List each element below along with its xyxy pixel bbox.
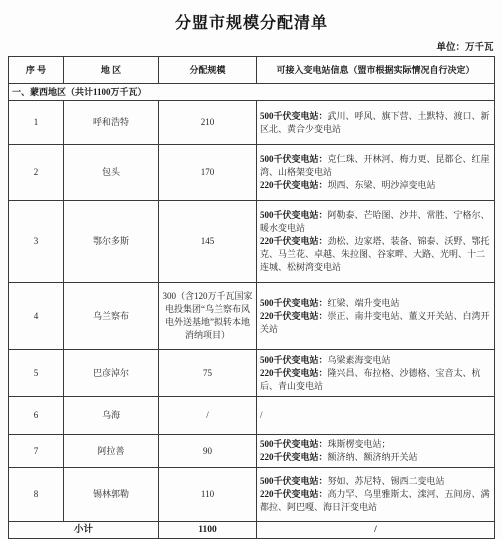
subtotal-info: / <box>257 522 495 539</box>
scale-cell: 170 <box>159 145 257 201</box>
voltage-label: 220千伏变电站： <box>260 452 328 462</box>
info-segment: 500千伏变电站：克仁珠、开林河、梅力更、昆都仑、红崖湾、山格架变电站 <box>260 153 491 179</box>
unit-note: 单位：万千瓦 <box>8 33 496 56</box>
row-number-cell: 8 <box>9 468 64 522</box>
row-number-cell: 3 <box>9 201 64 283</box>
info-segment: 220千伏变电站：劲松、边家塔、装备、锦泰、沃野、鄂托克、马兰花、卓越、朱拉图、… <box>260 235 491 274</box>
info-segment: 220千伏变电站：高力罕、乌里雅斯太、滦河、五间房、满都拉、阿巴嘎、海日汗变电站 <box>260 488 491 514</box>
info-segment: 500千伏变电站：武川、呼风、旗下营、土默特、渡口、新区北、黄合少变电站 <box>260 110 491 136</box>
voltage-label: 500千伏变电站： <box>260 439 328 449</box>
region-cell: 乌兰察布 <box>64 283 159 350</box>
header-serial: 序 号 <box>9 57 64 84</box>
document-page: 分盟市规模分配清单 单位：万千瓦 序 号 地 区 分配规模 可接入变电站信息（盟… <box>0 0 503 539</box>
page-title: 分盟市规模分配清单 <box>0 0 503 33</box>
row-number-cell: 4 <box>9 283 64 350</box>
table-row: 6乌海// <box>9 397 495 435</box>
table-row: 5巴彦淖尔75500千伏变电站：乌梁素海变电站220千伏变电站：隆兴昌、布拉格、… <box>9 350 495 397</box>
substation-info-cell: 500千伏变电站：红梁、端升变电站220千伏变电站：崇正、南井变电站、董义开关站… <box>257 283 495 350</box>
row-number-cell: 7 <box>9 435 64 468</box>
header-region: 地 区 <box>64 57 159 84</box>
substation-info-cell: 500千伏变电站：乌梁素海变电站220千伏变电站：隆兴昌、布拉格、沙德格、宝音太… <box>257 350 495 397</box>
scale-cell: 300（含120万千瓦国家电投集团“乌兰察布风电外送基地”拟转本地消纳项目） <box>159 283 257 350</box>
header-substation-info: 可接入变电站信息（盟市根据实际情况自行决定） <box>257 57 495 84</box>
scale-cell: 210 <box>159 101 257 145</box>
substation-info-cell: 500千伏变电站：珠斯楞变电站；220千伏变电站：额济纳、额济纳开关站 <box>257 435 495 468</box>
voltage-label: 500千伏变电站： <box>260 355 328 365</box>
row-number-cell: 2 <box>9 145 64 201</box>
voltage-label: 220千伏变电站： <box>260 180 328 190</box>
voltage-label: 500千伏变电站： <box>260 298 328 308</box>
table-row: 4乌兰察布300（含120万千瓦国家电投集团“乌兰察布风电外送基地”拟转本地消纳… <box>9 283 495 350</box>
subtotal-row: 小计 1100 / <box>9 522 495 539</box>
row-number-cell: 5 <box>9 350 64 397</box>
region-cell: 包头 <box>64 145 159 201</box>
region-cell: 阿拉善 <box>64 435 159 468</box>
region-cell: 乌海 <box>64 397 159 435</box>
region-cell: 巴彦淖尔 <box>64 350 159 397</box>
info-segment: 500千伏变电站：努如、苏尼特、锡西二变电站 <box>260 475 491 488</box>
info-segment: 500千伏变电站：红梁、端升变电站 <box>260 297 491 310</box>
voltage-label: 220千伏变电站： <box>260 368 328 378</box>
row-number-cell: 6 <box>9 397 64 435</box>
voltage-label: 220千伏变电站： <box>260 311 328 321</box>
scale-cell: 75 <box>159 350 257 397</box>
header-row: 序 号 地 区 分配规模 可接入变电站信息（盟市根据实际情况自行决定） <box>9 57 495 84</box>
voltage-label: 500千伏变电站： <box>260 154 328 164</box>
table-body: 1呼和浩特210500千伏变电站：武川、呼风、旗下营、土默特、渡口、新区北、黄合… <box>9 101 495 522</box>
row-number-cell: 1 <box>9 101 64 145</box>
scale-cell: 90 <box>159 435 257 468</box>
scale-cell: 110 <box>159 468 257 522</box>
info-segment: 500千伏变电站：阿勒泰、芒哈图、沙井、常胜、宁格尔、暖水变电站 <box>260 209 491 235</box>
table-row: 7阿拉善90500千伏变电站：珠斯楞变电站；220千伏变电站：额济纳、额济纳开关… <box>9 435 495 468</box>
subtotal-scale: 1100 <box>159 522 257 539</box>
voltage-label: 500千伏变电站： <box>260 111 328 121</box>
region-cell: 鄂尔多斯 <box>64 201 159 283</box>
substation-info-cell: 500千伏变电站：武川、呼风、旗下营、土默特、渡口、新区北、黄合少变电站 <box>257 101 495 145</box>
section-row: 一、蒙西地区（共计1100万千瓦） <box>9 84 495 101</box>
table-row: 1呼和浩特210500千伏变电站：武川、呼风、旗下营、土默特、渡口、新区北、黄合… <box>9 101 495 145</box>
info-segment: 500千伏变电站：乌梁素海变电站 <box>260 354 491 367</box>
substation-info-cell: 500千伏变电站：克仁珠、开林河、梅力更、昆都仑、红崖湾、山格架变电站220千伏… <box>257 145 495 201</box>
section-label: 一、蒙西地区（共计1100万千瓦） <box>9 84 495 101</box>
info-segment: 220千伏变电站：额济纳、额济纳开关站 <box>260 451 491 464</box>
table-row: 2包头170500千伏变电站：克仁珠、开林河、梅力更、昆都仑、红崖湾、山格架变电… <box>9 145 495 201</box>
scale-cell: 145 <box>159 201 257 283</box>
substation-info-cell: 500千伏变电站：努如、苏尼特、锡西二变电站220千伏变电站：高力罕、乌里雅斯太… <box>257 468 495 522</box>
table-row: 8锡林郭勒110500千伏变电站：努如、苏尼特、锡西二变电站220千伏变电站：高… <box>9 468 495 522</box>
info-segment: 500千伏变电站：珠斯楞变电站； <box>260 438 491 451</box>
subtotal-label: 小计 <box>9 522 159 539</box>
info-segment: 220千伏变电站：隆兴昌、布拉格、沙德格、宝音太、杭后、青山变电站 <box>260 367 491 393</box>
voltage-label: 500千伏变电站： <box>260 476 328 486</box>
substation-info-cell: 500千伏变电站：阿勒泰、芒哈图、沙井、常胜、宁格尔、暖水变电站220千伏变电站… <box>257 201 495 283</box>
header-scale: 分配规模 <box>159 57 257 84</box>
voltage-label: 500千伏变电站： <box>260 210 328 220</box>
info-segment: 220千伏变电站：坝西、东梁、明沙淖变电站 <box>260 179 491 192</box>
voltage-label: 220千伏变电站： <box>260 489 328 499</box>
substation-info-cell: / <box>257 397 495 435</box>
voltage-label: 220千伏变电站： <box>260 236 328 246</box>
info-segment: 220千伏变电站：崇正、南井变电站、董义开关站、白湾开关站 <box>260 310 491 336</box>
region-cell: 呼和浩特 <box>64 101 159 145</box>
table-row: 3鄂尔多斯145500千伏变电站：阿勒泰、芒哈图、沙井、常胜、宁格尔、暖水变电站… <box>9 201 495 283</box>
allocation-table: 序 号 地 区 分配规模 可接入变电站信息（盟市根据实际情况自行决定） 一、蒙西… <box>8 56 495 539</box>
region-cell: 锡林郭勒 <box>64 468 159 522</box>
scale-cell: / <box>159 397 257 435</box>
